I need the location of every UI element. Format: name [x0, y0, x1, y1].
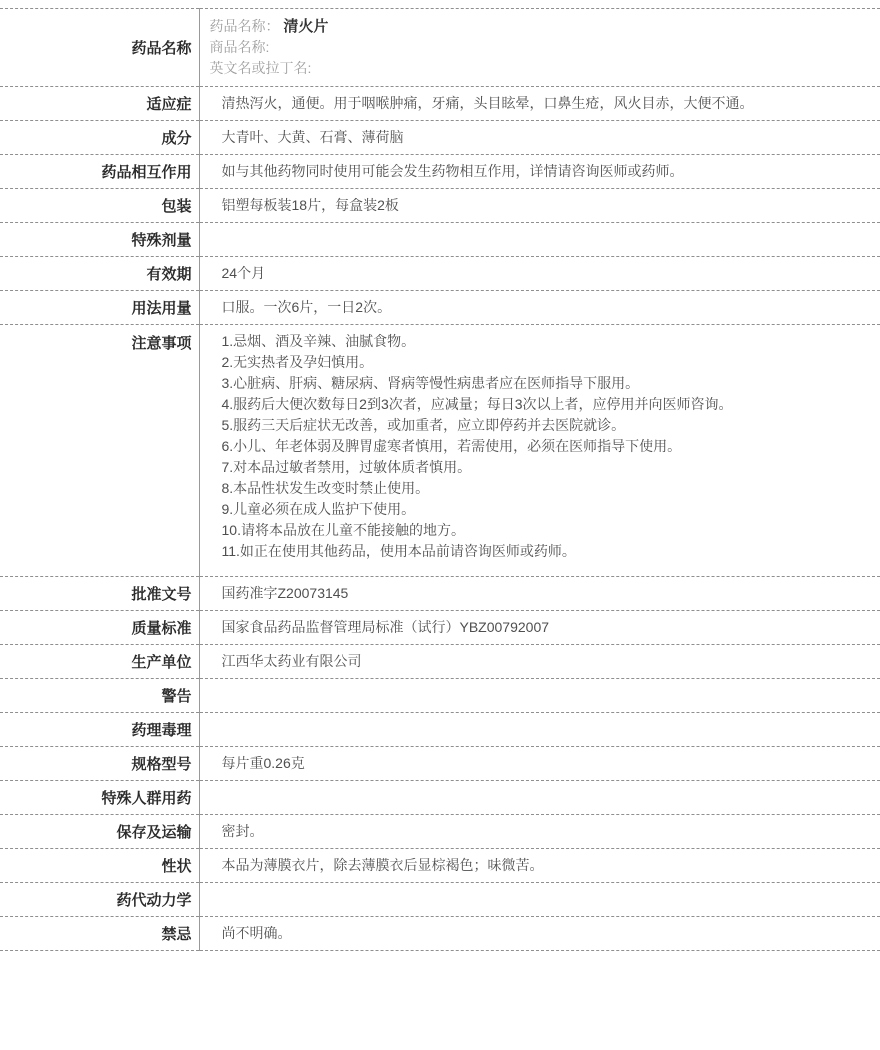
row-label: 特殊剂量 — [0, 223, 199, 257]
row-label: 有效期 — [0, 257, 199, 291]
table-row: 注意事项 1.忌烟、酒及辛辣、油腻食物。2.无实热者及孕妇慎用。3.心脏病、肝病… — [0, 325, 880, 577]
note-line: 6.小儿、年老体弱及脾胃虚寒者慎用，若需使用，必须在医师指导下使用。 — [222, 436, 871, 457]
row-label: 生产单位 — [0, 645, 199, 679]
table-row: 禁忌 尚不明确。 — [0, 917, 880, 951]
row-value: 国家食品药品监督管理局标准（试行）YBZ00792007 — [199, 611, 880, 645]
row-value: 密封。 — [199, 815, 880, 849]
table-row: 用法用量 口服。一次6片，一日2次。 — [0, 291, 880, 325]
row-value: 每片重0.26克 — [199, 747, 880, 781]
row-label: 质量标准 — [0, 611, 199, 645]
table-row: 有效期 24个月 — [0, 257, 880, 291]
table-row: 保存及运输 密封。 — [0, 815, 880, 849]
row-label: 批准文号 — [0, 577, 199, 611]
note-line: 4.服药后大便次数每日2到3次者，应减量；每日3次以上者，应停用并向医师咨询。 — [222, 394, 871, 415]
row-label: 注意事项 — [0, 325, 199, 577]
drug-info-table: 药品名称 药品名称： 清火片商品名称:英文名或拉丁名: 适应症 清热泻火，通便。… — [0, 8, 880, 951]
field-value: 清火片 — [283, 18, 328, 35]
note-line: 8.本品性状发生改变时禁止使用。 — [222, 478, 871, 499]
note-line: 2.无实热者及孕妇慎用。 — [222, 352, 871, 373]
row-label: 禁忌 — [0, 917, 199, 951]
row-label: 适应症 — [0, 87, 199, 121]
row-value: 如与其他药物同时使用可能会发生药物相互作用，详情请咨询医师或药师。 — [199, 155, 880, 189]
row-value: 清热泻火，通便。用于咽喉肿痛，牙痛，头目眩晕，口鼻生疮，风火目赤，大便不通。 — [199, 87, 880, 121]
table-row: 特殊人群用药 — [0, 781, 880, 815]
table-row: 药品相互作用 如与其他药物同时使用可能会发生药物相互作用，详情请咨询医师或药师。 — [0, 155, 880, 189]
table-row: 警告 — [0, 679, 880, 713]
note-line: 1.忌烟、酒及辛辣、油腻食物。 — [222, 331, 871, 352]
row-label: 成分 — [0, 121, 199, 155]
row-label: 特殊人群用药 — [0, 781, 199, 815]
note-line: 7.对本品过敏者禁用，过敏体质者慎用。 — [222, 457, 871, 478]
note-line: 10.请将本品放在儿童不能接触的地方。 — [222, 520, 871, 541]
name-field-line: 药品名称： 清火片 — [210, 16, 871, 37]
row-value: 大青叶、大黄、石膏、薄荷脑 — [199, 121, 880, 155]
row-value: 1.忌烟、酒及辛辣、油腻食物。2.无实热者及孕妇慎用。3.心脏病、肝病、糖尿病、… — [199, 325, 880, 577]
row-value: 本品为薄膜衣片，除去薄膜衣后显棕褐色；味微苦。 — [199, 849, 880, 883]
row-value: 24个月 — [199, 257, 880, 291]
note-line: 3.心脏病、肝病、糖尿病、肾病等慢性病患者应在医师指导下服用。 — [222, 373, 871, 394]
table-row: 生产单位 江西华太药业有限公司 — [0, 645, 880, 679]
table-row: 批准文号 国药准字Z20073145 — [0, 577, 880, 611]
row-value: 江西华太药业有限公司 — [199, 645, 880, 679]
table-row: 药代动力学 — [0, 883, 880, 917]
name-field-line: 英文名或拉丁名: — [210, 58, 871, 79]
row-label: 药理毒理 — [0, 713, 199, 747]
note-line: 9.儿童必须在成人监护下使用。 — [222, 499, 871, 520]
field-label: 英文名或拉丁名: — [210, 60, 312, 76]
row-label: 规格型号 — [0, 747, 199, 781]
table-row: 药理毒理 — [0, 713, 880, 747]
row-value — [199, 883, 880, 917]
field-label: 药品名称： — [210, 18, 280, 34]
row-label: 药代动力学 — [0, 883, 199, 917]
note-line: 5.服药三天后症状无改善，或加重者，应立即停药并去医院就诊。 — [222, 415, 871, 436]
table-row: 适应症 清热泻火，通便。用于咽喉肿痛，牙痛，头目眩晕，口鼻生疮，风火目赤，大便不… — [0, 87, 880, 121]
row-value: 尚不明确。 — [199, 917, 880, 951]
drug-info-rows: 药品名称 药品名称： 清火片商品名称:英文名或拉丁名: 适应症 清热泻火，通便。… — [0, 9, 880, 951]
row-value — [199, 713, 880, 747]
row-value: 国药准字Z20073145 — [199, 577, 880, 611]
row-value: 铝塑每板装18片，每盒装2板 — [199, 189, 880, 223]
row-label: 保存及运输 — [0, 815, 199, 849]
field-label: 商品名称: — [210, 39, 270, 55]
row-value — [199, 679, 880, 713]
row-value — [199, 223, 880, 257]
row-value: 药品名称： 清火片商品名称:英文名或拉丁名: — [199, 9, 880, 87]
row-label: 药品名称 — [0, 9, 199, 87]
row-value — [199, 781, 880, 815]
table-row: 特殊剂量 — [0, 223, 880, 257]
table-row: 规格型号 每片重0.26克 — [0, 747, 880, 781]
row-label: 性状 — [0, 849, 199, 883]
table-row: 性状 本品为薄膜衣片，除去薄膜衣后显棕褐色；味微苦。 — [0, 849, 880, 883]
table-row: 包装 铝塑每板装18片，每盒装2板 — [0, 189, 880, 223]
table-row: 质量标准 国家食品药品监督管理局标准（试行）YBZ00792007 — [0, 611, 880, 645]
row-label: 药品相互作用 — [0, 155, 199, 189]
row-label: 警告 — [0, 679, 199, 713]
name-field-line: 商品名称: — [210, 37, 871, 58]
row-value: 口服。一次6片，一日2次。 — [199, 291, 880, 325]
note-line: 11.如正在使用其他药品，使用本品前请咨询医师或药师。 — [222, 541, 871, 562]
row-label: 包装 — [0, 189, 199, 223]
table-row: 药品名称 药品名称： 清火片商品名称:英文名或拉丁名: — [0, 9, 880, 87]
table-row: 成分 大青叶、大黄、石膏、薄荷脑 — [0, 121, 880, 155]
row-label: 用法用量 — [0, 291, 199, 325]
